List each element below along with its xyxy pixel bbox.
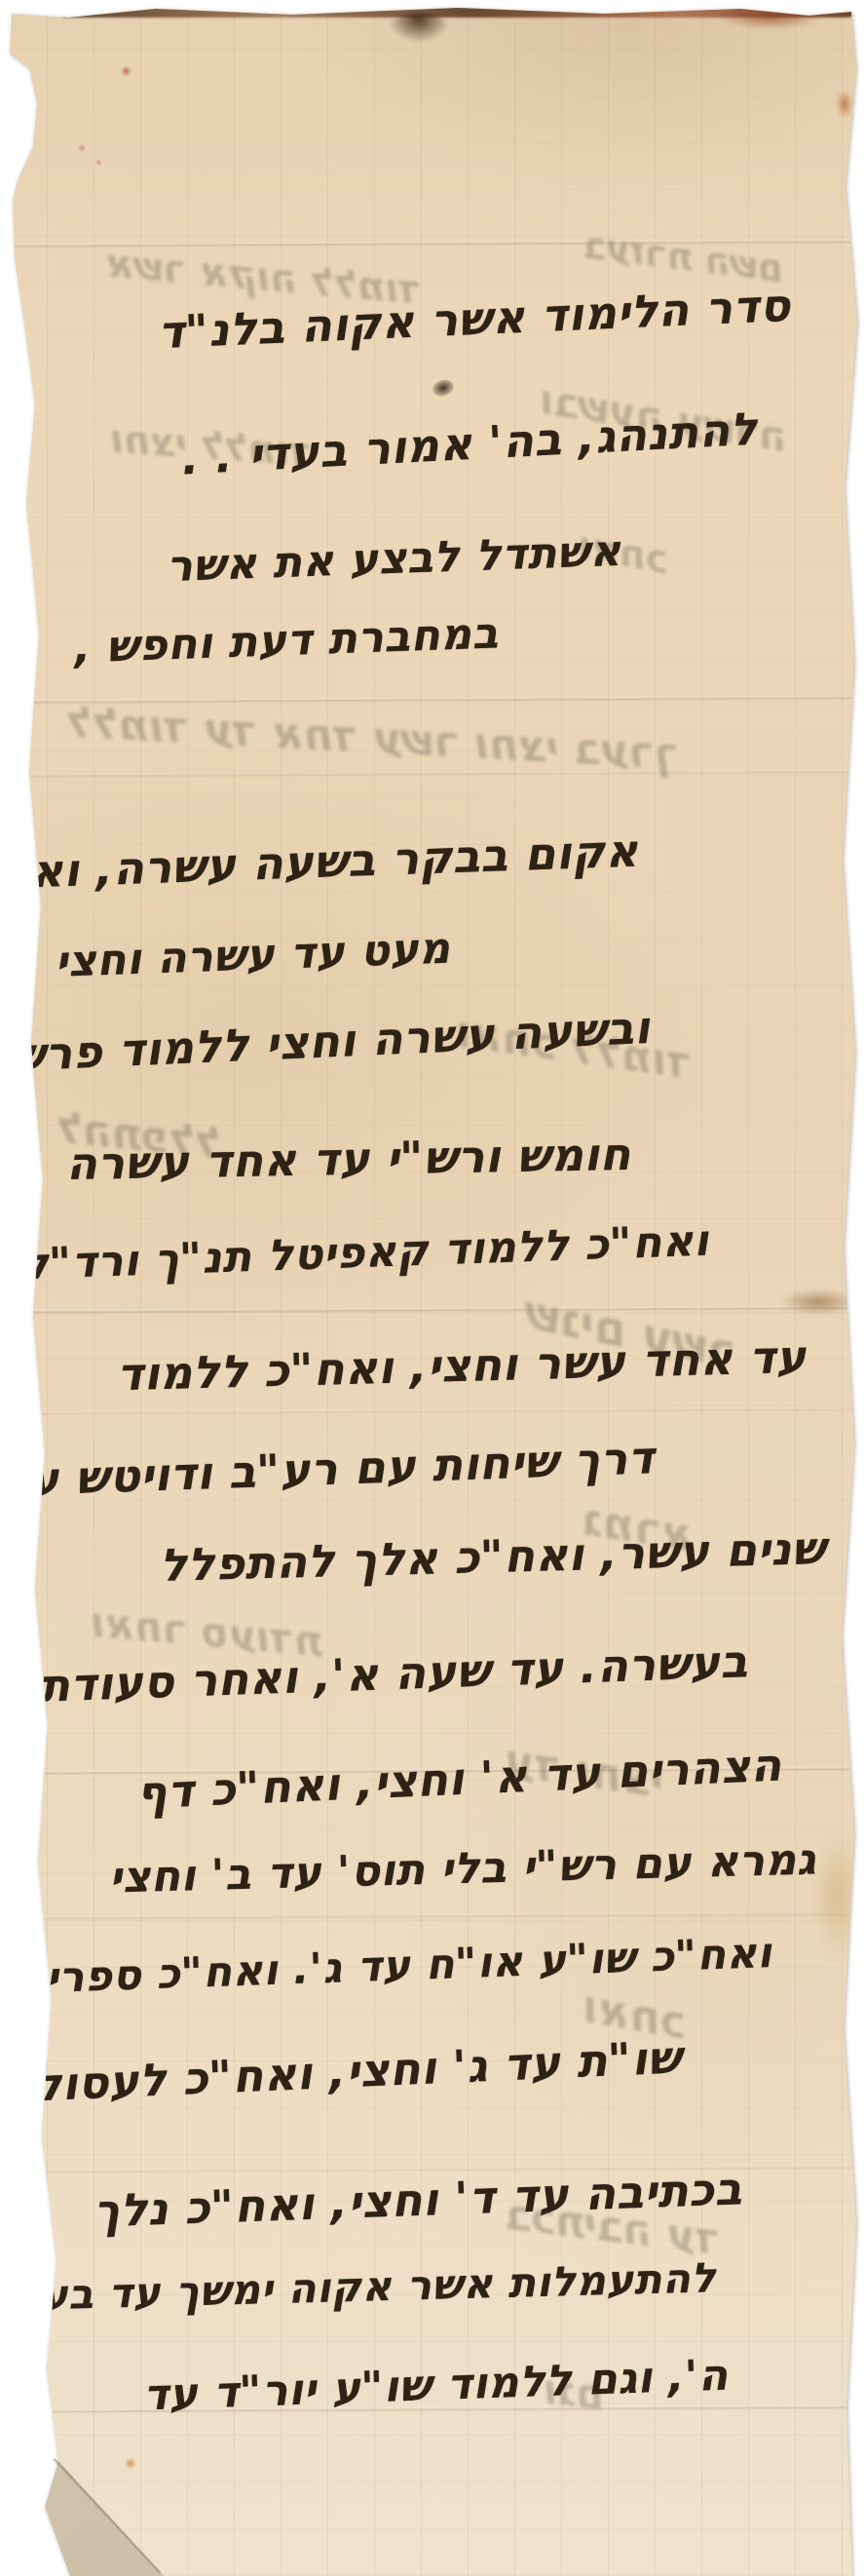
handwritten-line: להתנהג, בה' אמור בעדי . .	[180, 403, 759, 485]
handwritten-line: במחברת דעת וחפש ,	[73, 608, 499, 673]
fold-crease	[8, 1306, 853, 1315]
handwritten-line: שנים עשר, ואח"כ אלך להתפלל	[160, 1521, 827, 1592]
handwritten-line: חומש ורש"י עד אחד עשרה	[66, 1128, 632, 1190]
bleed-through-line: ללמוד עד אחד עשר וחצי בערך	[67, 698, 683, 780]
top-edge-stain	[58, 6, 855, 18]
crease-edge-stain	[779, 1288, 857, 1316]
pink-speck	[95, 159, 102, 166]
handwritten-line: עד אחד עשר וחצי, ואח"כ ללמוד	[117, 1330, 808, 1402]
letter-paper: בעזרת השם אשר אקוה ללמוד ובשעה עשרה וחצי…	[0, 0, 865, 2576]
handwritten-line: מעט עד עשרה וחצי . *	[0, 924, 451, 990]
handwritten-line: ואח"כ ללמוד קאפיטל תנ"ך ורד"ק	[16, 1216, 709, 1290]
top-right-stain	[716, 4, 823, 29]
fold-crease	[8, 1407, 853, 1416]
handwritten-line: שו"ת עד ג' וחצי, ואח"כ לעסוק	[27, 2030, 682, 2111]
handwritten-line: גמרא עם רש"י בלי תוס' עד ב' וחצי	[109, 1835, 817, 1903]
top-blob-stain	[388, 14, 450, 43]
handwritten-line: אשתדל לבצע את אשר	[166, 526, 621, 592]
handwritten-line: הצהרים עד א' וחצי, ואח"כ דף	[135, 1739, 782, 1820]
handwritten-line: ובשעה עשרה וחצי ללמוד פרשה	[0, 1001, 652, 1083]
red-dot-stain	[121, 66, 132, 76]
pink-speck	[78, 144, 86, 152]
handwritten-line: דרך שיחות עם רע"ב ודויטש עד	[1, 1431, 656, 1506]
handwritten-line: להתעמלות אשר אקוה ימשך עד בערך	[0, 2253, 717, 2320]
right-edge-stain	[836, 90, 853, 119]
fold-crease	[8, 770, 853, 779]
paper-shadow-wrapper: בעזרת השם אשר אקוה ללמוד ובשעה עשרה וחצי…	[0, 0, 865, 2576]
orange-dot-stain	[125, 2458, 136, 2469]
ink-blot	[431, 377, 456, 399]
fold-crease	[8, 1912, 853, 1921]
scan-background: בעזרת השם אשר אקוה ללמוד ובשעה עשרה וחצי…	[0, 0, 865, 2576]
handwritten-line: אקום בבקר בשעה עשרה, וארחץ	[0, 825, 639, 902]
right-mid-stain	[813, 1832, 862, 1959]
